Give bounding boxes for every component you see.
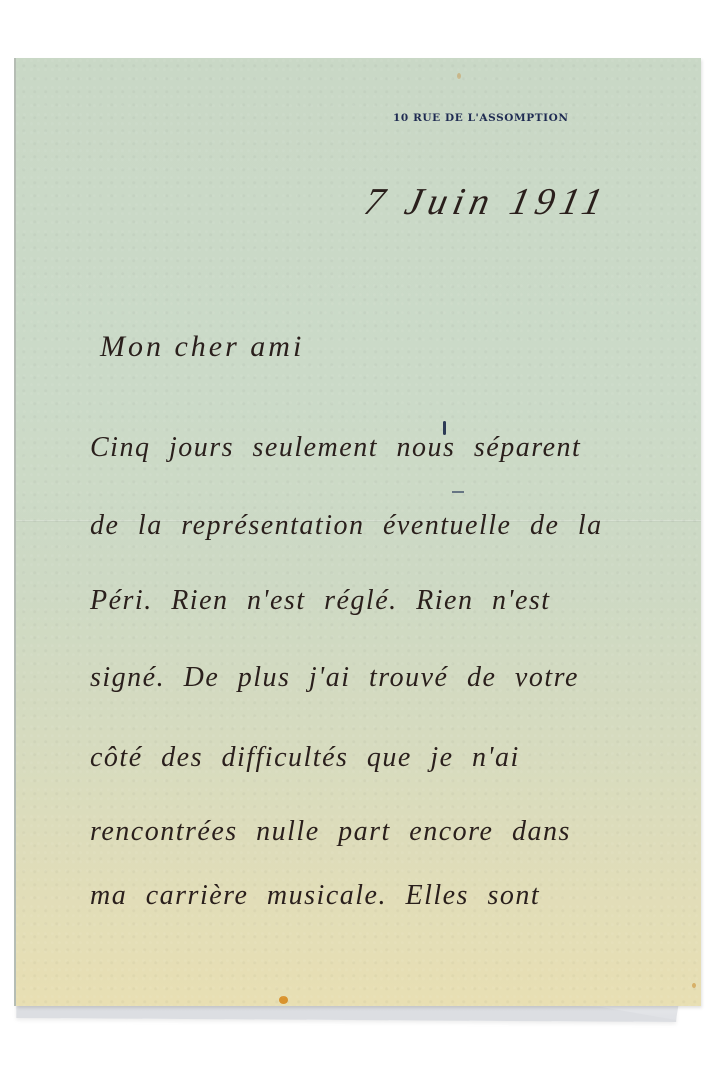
letter-body-line: de la représentation éventuelle de la	[90, 510, 603, 542]
paper-stain	[279, 996, 288, 1004]
ink-mark	[452, 491, 464, 493]
letter-body-line: ma carrière musicale. Elles sont	[90, 880, 540, 912]
letter-salutation: Mon cher ami	[100, 330, 304, 364]
paper-stain	[692, 983, 696, 988]
letter-date: 7 Juin 1911	[360, 180, 612, 224]
letter-body-line: rencontrées nulle part encore dans	[90, 816, 571, 848]
paper-stain	[457, 73, 461, 79]
letter-body-line: Péri. Rien n'est réglé. Rien n'est	[90, 585, 551, 617]
letter-body-line: signé. De plus j'ai trouvé de votre	[90, 662, 579, 694]
letterhead-address: 10 RUE DE L'ASSOMPTION	[393, 112, 569, 124]
letter-body-line: Cinq jours seulement nous séparent	[90, 432, 581, 464]
letter-body-line: côté des difficultés que je n'ai	[90, 742, 520, 774]
